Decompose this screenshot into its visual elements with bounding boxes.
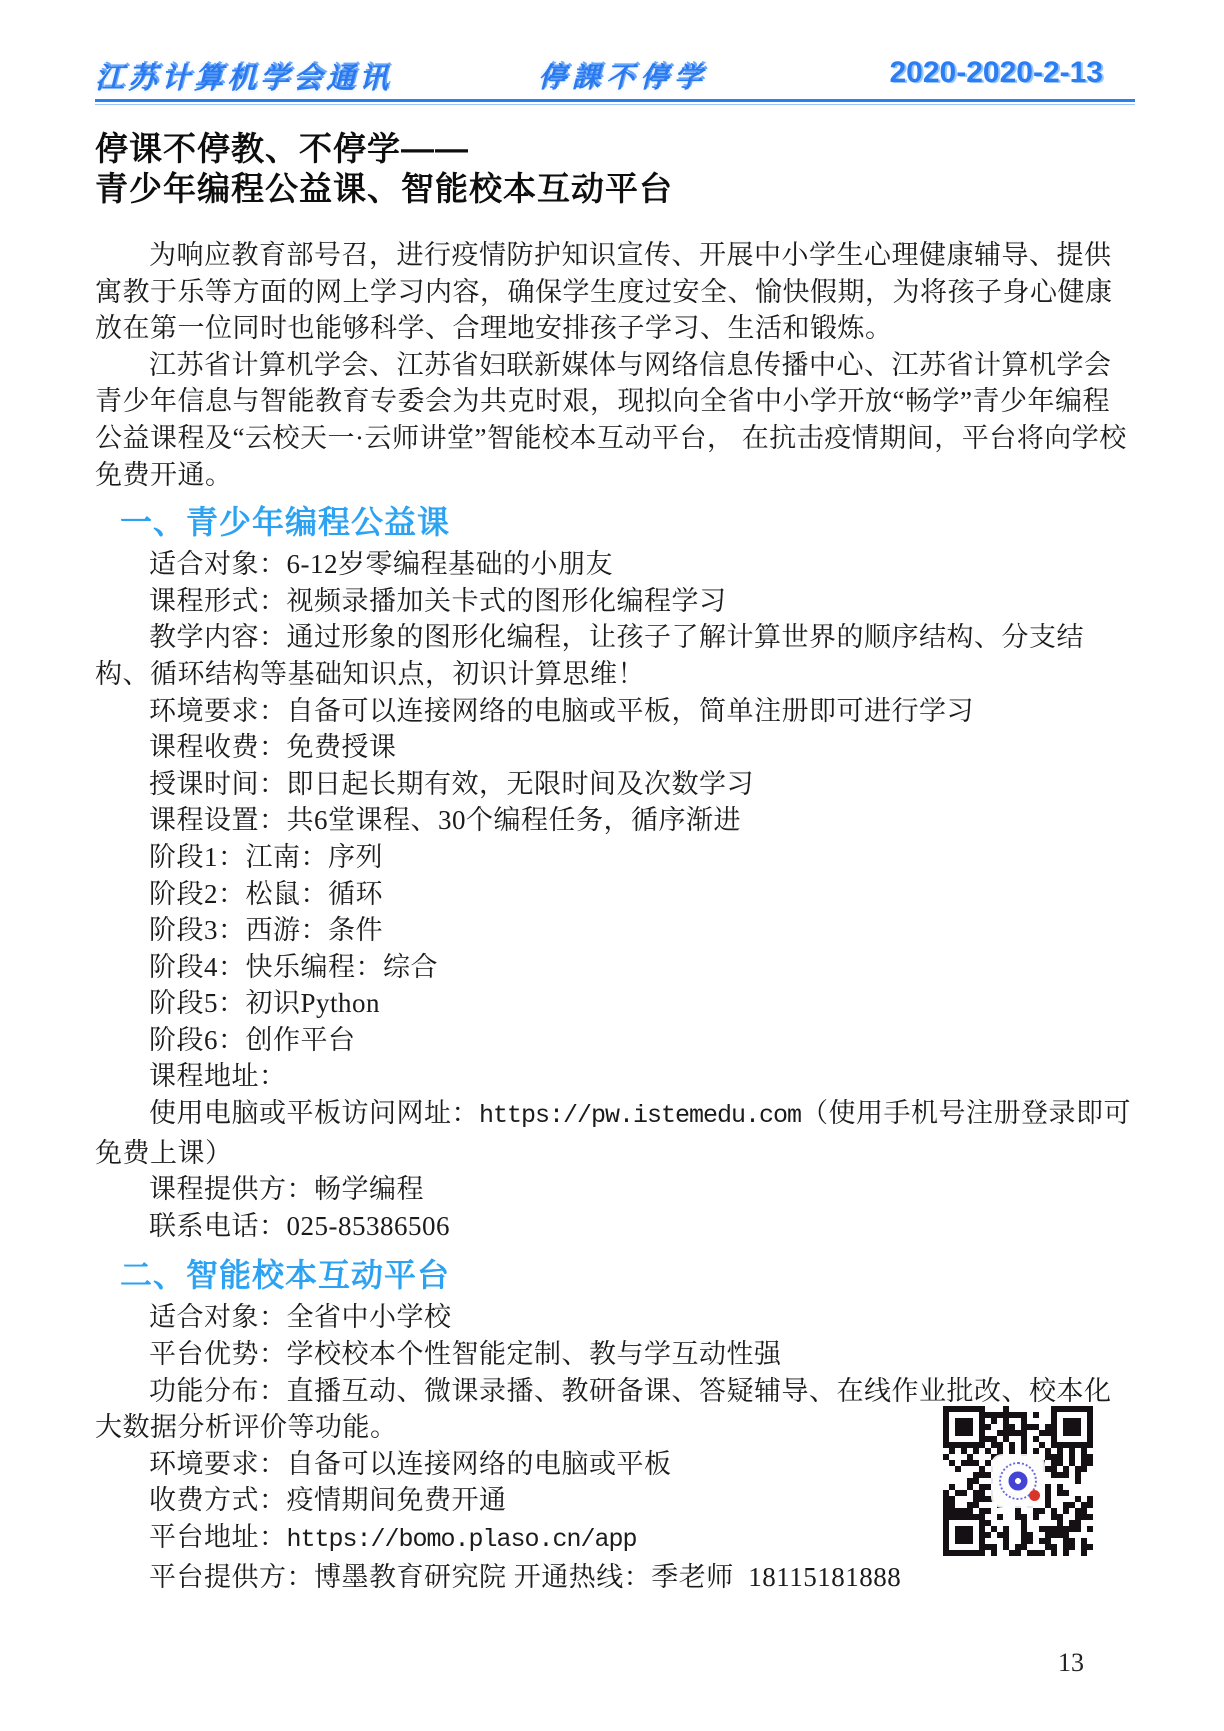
qr-logo-swirl-icon	[1009, 1472, 1028, 1491]
detail-line-stage-6: 阶段6：创作平台	[95, 1022, 1135, 1059]
detail-line-stage-3: 阶段3：西游：条件	[95, 912, 1135, 949]
detail-line-address-label: 课程地址：	[95, 1058, 1135, 1095]
section-1-heading: 一、青少年编程公益课	[120, 501, 1135, 544]
intro-paragraph-2: 江苏省计算机学会、江苏省妇联新媒体与网络信息传播中心、江苏省计算机学会青少年信息…	[95, 347, 1135, 493]
intro-paragraph-1: 为响应教育部号召，进行疫情防护知识宣传、开展中小学生心理健康辅导、提供寓教于乐等…	[95, 237, 1135, 347]
issue-topic: 停課不停学	[538, 56, 708, 96]
detail-line-content: 教学内容：通过形象的图形化编程，让孩子了解计算世界的顺序结构、分支结构、循环结构…	[95, 619, 1135, 692]
document-title: 停课不停教、不停学—— 青少年编程公益课、智能校本互动平台	[95, 129, 1135, 209]
platform-line-provider: 平台提供方：博墨教育研究院 开通热线：季老师 18115181888	[95, 1559, 1135, 1596]
detail-line-environment: 环境要求：自备可以连接网络的电脑或平板，简单注册即可进行学习	[95, 693, 1135, 730]
detail-line-format: 课程形式：视频录播加关卡式的图形化编程学习	[95, 583, 1135, 620]
course-url-prefix: 使用电脑或平板访问网址：	[149, 1098, 479, 1128]
platform-url: https://bomo.plaso.cn/app	[287, 1525, 637, 1554]
detail-line-course-url: 使用电脑或平板访问网址：https://pw.istemedu.com（使用手机…	[95, 1095, 1135, 1171]
detail-line-provider: 课程提供方：畅学编程	[95, 1171, 1135, 1208]
detail-line-phone: 联系电话：025-85386506	[95, 1208, 1135, 1245]
platform-url-prefix: 平台地址：	[149, 1522, 287, 1552]
detail-line-stage-2: 阶段2：松鼠：循环	[95, 876, 1135, 913]
header-divider	[95, 99, 1135, 105]
detail-line-stage-1: 阶段1：江南：序列	[95, 839, 1135, 876]
journal-title: 江苏计算机学会通讯	[95, 56, 392, 97]
qr-logo	[993, 1456, 1043, 1506]
platform-line-advantage: 平台优势：学校校本个性智能定制、教与学互动性强	[95, 1336, 1135, 1373]
qr-logo-red-dot-icon	[1029, 1490, 1040, 1501]
detail-line-stage-4: 阶段4：快乐编程：综合	[95, 949, 1135, 986]
detail-line-target: 适合对象：6-12岁零编程基础的小朋友	[95, 546, 1135, 583]
platform-line-target: 适合对象：全省中小学校	[95, 1299, 1135, 1336]
detail-line-stage-5: 阶段5：初识Python	[95, 985, 1135, 1022]
page: 江苏计算机学会通讯 停課不停学 2020-2020-2-13 停课不停教、不停学…	[0, 0, 1224, 1595]
detail-line-structure: 课程设置：共6堂课程、30个编程任务，循序渐进	[95, 802, 1135, 839]
title-line-1: 停课不停教、不停学——	[95, 129, 1135, 169]
header-date: 2020-2020-2-13	[889, 56, 1103, 90]
course-url: https://pw.istemedu.com	[479, 1101, 801, 1130]
detail-line-fee: 课程收费：免费授课	[95, 729, 1135, 766]
title-line-2: 青少年编程公益课、智能校本互动平台	[95, 169, 1135, 209]
qr-code	[943, 1406, 1093, 1556]
page-number: 13	[1058, 1648, 1084, 1678]
section-2-heading: 二、智能校本互动平台	[120, 1254, 1135, 1297]
page-header: 江苏计算机学会通讯 停課不停学 2020-2020-2-13	[95, 0, 1135, 103]
detail-line-schedule: 授课时间：即日起长期有效，无限时间及次数学习	[95, 766, 1135, 803]
